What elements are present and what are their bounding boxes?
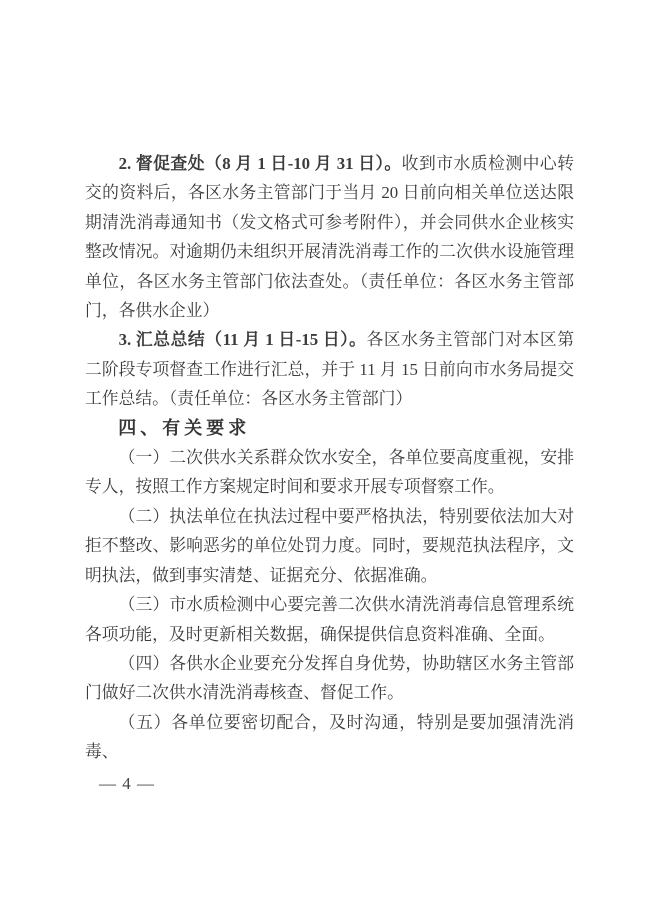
paragraph-item-4: （四）各供水企业要充分发挥自身优势，协助辖区水务主管部门做好二次供水清洗消毒核查… [85,649,574,708]
paragraph-summary: 3. 汇总总结（11 月 1 日-15 日）。各区水务主管部门对本区第二阶段专项… [85,325,574,413]
paragraph-text-supervise: 收到市水质检测中心转交的资料后，各区水务主管部门于当月 20 日前向相关单位送达… [85,154,574,320]
paragraph-lead-supervise: 2. 督促查处（8 月 1 日-10 月 31 日）。 [119,154,402,173]
document-page: 2. 督促查处（8 月 1 日-10 月 31 日）。收到市水质检测中心转交的资… [0,0,650,919]
paragraph-item-5: （五）各单位要密切配合，及时沟通，特别是要加强清洗消毒、 [85,708,574,767]
section-heading-requirements: 四、有关要求 [85,414,574,443]
paragraph-item-1: （一）二次供水关系群众饮水安全，各单位要高度重视，安排专人，按照工作方案规定时间… [85,443,574,502]
paragraph-supervise-investigate: 2. 督促查处（8 月 1 日-10 月 31 日）。收到市水质检测中心转交的资… [85,149,574,325]
paragraph-text-item-4: （四）各供水企业要充分发挥自身优势，协助辖区水务主管部门做好二次供水清洗消毒核查… [85,654,574,702]
paragraph-text-item-3: （三）市水质检测中心要完善二次供水清洗消毒信息管理系统各项功能，及时更新相关数据… [85,595,574,643]
paragraph-text-item-5: （五）各单位要密切配合，及时沟通，特别是要加强清洗消毒、 [85,713,574,761]
paragraph-text-item-1: （一）二次供水关系群众饮水安全，各单位要高度重视，安排专人，按照工作方案规定时间… [85,448,574,496]
paragraph-item-3: （三）市水质检测中心要完善二次供水清洗消毒信息管理系统各项功能，及时更新相关数据… [85,590,574,649]
document-body: 2. 督促查处（8 月 1 日-10 月 31 日）。收到市水质检测中心转交的资… [85,149,574,767]
paragraph-item-2: （二）执法单位在执法过程中要严格执法，特别要依法加大对拒不整改、影响恶劣的单位处… [85,502,574,590]
page-number: — 4 — [99,774,155,794]
paragraph-lead-summary: 3. 汇总总结（11 月 1 日-15 日）。 [119,330,367,349]
paragraph-text-item-2: （二）执法单位在执法过程中要严格执法，特别要依法加大对拒不整改、影响恶劣的单位处… [85,507,574,585]
